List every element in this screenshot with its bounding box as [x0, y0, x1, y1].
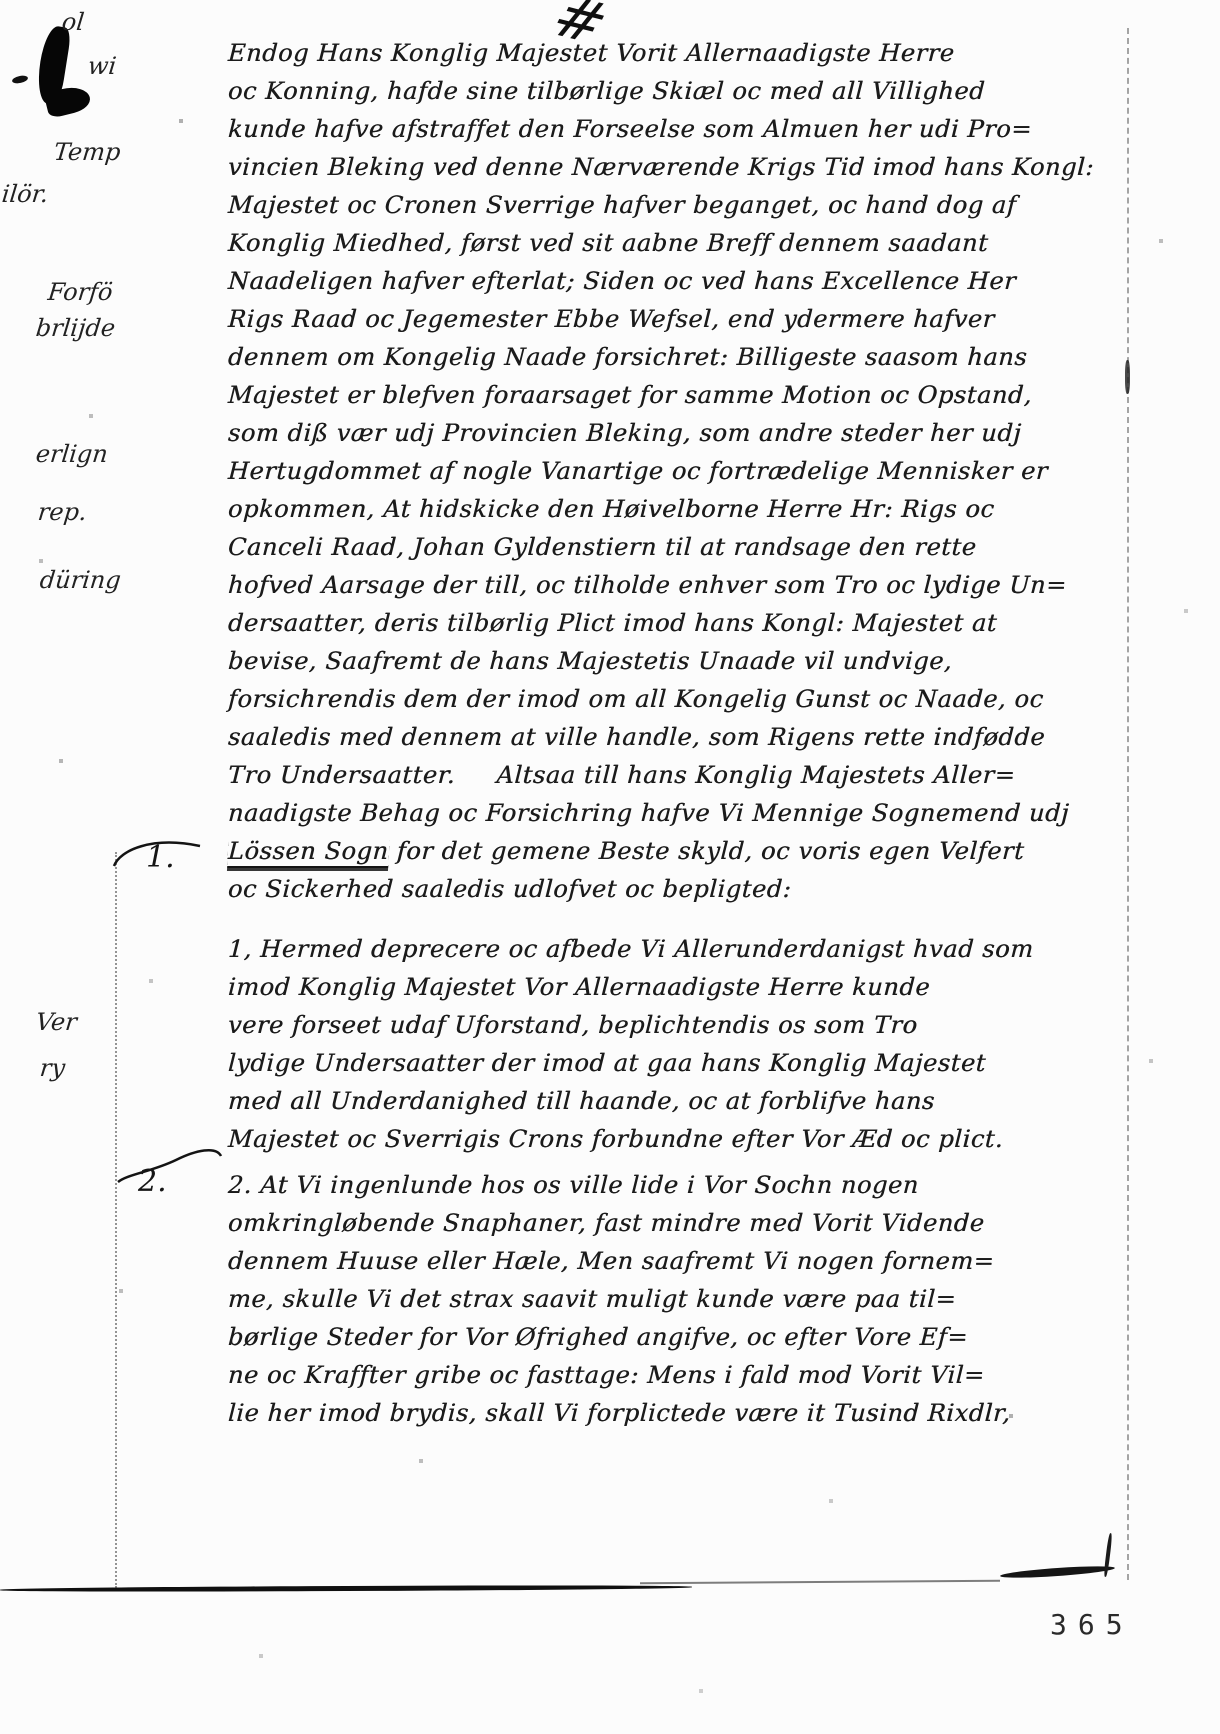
manuscript-line: Naadeligen hafver efterlat; Siden oc ved… [227, 262, 1134, 300]
margin-note: erlign [35, 440, 110, 468]
manuscript-line: omkringløbende Snaphaner, fast mindre me… [227, 1204, 1134, 1242]
manuscript-line: 1, Hermed deprecere oc afbede Vi Allerun… [227, 930, 1134, 968]
manuscript-line: dersaatter, deris tilbørlig Plict imod h… [227, 604, 1134, 642]
margin-note: rep. [37, 498, 89, 526]
manuscript-line: dennem Huuse eller Hæle, Men saafremt Vi… [227, 1242, 1134, 1280]
manuscript-intro-block: Endog Hans Konglig Majestet Vorit Allern… [228, 34, 1133, 908]
manuscript-line: Tro Undersaatter. Altsaa till hans Kongl… [227, 756, 1134, 794]
manuscript-line: lydige Undersaatter der imod at gaa hans… [227, 1044, 1134, 1082]
manuscript-line: Rigs Raad oc Jegemester Ebbe Wefsel, end… [227, 300, 1134, 338]
manuscript-line: kunde hafve afstraffet den Forseelse som… [227, 110, 1134, 148]
manuscript-line: Majestet oc Sverrigis Crons forbundne ef… [227, 1120, 1134, 1158]
manuscript-line: me, skulle Vi det strax saavit muligt ku… [227, 1280, 1134, 1318]
scan-speckles [0, 0, 2, 2]
manuscript-line: oc Konning, hafde sine tilbørlige Skiæl … [227, 72, 1134, 110]
right-edge-crease [1127, 28, 1129, 1580]
bottom-fold-smudge [1000, 1564, 1115, 1580]
manuscript-line: lie her imod brydis, skall Vi forplicted… [227, 1394, 1134, 1432]
manuscript-line: Hertugdommet af nogle Vanartige oc fortr… [227, 452, 1134, 490]
manuscript-line: Majestet er blefven foraarsaget for samm… [227, 376, 1134, 414]
bottom-fold-line-faint [640, 1580, 1000, 1585]
bottom-fold-line [0, 1584, 692, 1592]
manuscript-line: ne oc Kraffter gribe oc fasttage: Mens i… [227, 1356, 1134, 1394]
margin-note: Ver [35, 1008, 79, 1036]
margin-note: ry [39, 1054, 67, 1082]
margin-note: ilör. [1, 180, 50, 208]
margin-note: Forfö [47, 278, 115, 306]
corner-crease [1103, 1533, 1112, 1577]
manuscript-line: forsichrendis dem der imod om all Kongel… [227, 680, 1134, 718]
manuscript-line: dennem om Kongelig Naade forsichret: Bil… [227, 338, 1134, 376]
edge-mark [11, 74, 28, 84]
margin-note: wi [87, 52, 118, 80]
margin-note: ol [61, 8, 86, 36]
manuscript-line: Konglig Miedhed, først ved sit aabne Bre… [227, 224, 1134, 262]
manuscript-line: som diß vær udj Provincien Bleking, som … [227, 414, 1134, 452]
manuscript-line: børlige Steder for Vor Øfrighed angifve,… [227, 1318, 1134, 1356]
margin-note: düring [39, 566, 123, 594]
page-number: 365 [1050, 1608, 1134, 1641]
manuscript-line: oc Sickerhed saaledis udlofvet oc beplig… [227, 870, 1134, 908]
manuscript-line: med all Underdanighed till haande, oc at… [227, 1082, 1134, 1120]
manuscript-line: Lössen Sogn for det gemene Beste skyld, … [227, 832, 1134, 870]
manuscript-paragraph-2-block: 2. At Vi ingenlunde hos os ville lide i … [228, 1166, 1133, 1432]
paragraph-marker-1: 1. [146, 840, 175, 875]
manuscript-line: hofved Aarsage der till, oc tilholde enh… [227, 566, 1134, 604]
manuscript-line: Canceli Raad, Johan Gyldenstiern til at … [227, 528, 1134, 566]
manuscript-line: 2. At Vi ingenlunde hos os ville lide i … [227, 1166, 1134, 1204]
manuscript-line: bevise, Saafremt de hans Majestetis Unaa… [227, 642, 1134, 680]
manuscript-line: Majestet oc Cronen Sverrige hafver began… [227, 186, 1134, 224]
manuscript-line: naadigste Behag oc Forsichring hafve Vi … [227, 794, 1134, 832]
left-margin-crease [115, 852, 117, 1588]
margin-note: Temp [53, 138, 122, 166]
right-crease-smudge [1125, 360, 1130, 394]
margin-note: brlijde [35, 314, 117, 342]
manuscript-line: Endog Hans Konglig Majestet Vorit Allern… [227, 34, 1134, 72]
underlined-phrase: Lössen Sogn [227, 837, 389, 868]
scanned-manuscript-page: # ol wi Temp ilör. Forfö brlijde erlign … [0, 0, 1220, 1734]
paragraph-marker-2: 2. [138, 1164, 167, 1199]
manuscript-line: vincien Bleking ved denne Nærværende Kri… [227, 148, 1134, 186]
flourish-swash [116, 1148, 226, 1188]
manuscript-line: opkommen, At hidskicke den Høivelborne H… [227, 490, 1134, 528]
manuscript-line: saaledis med dennem at ville handle, som… [227, 718, 1134, 756]
manuscript-line: imod Konglig Majestet Vor Allernaadigste… [227, 968, 1134, 1006]
manuscript-paragraph-1-block: 1, Hermed deprecere oc afbede Vi Allerun… [228, 930, 1133, 1158]
manuscript-line: vere forseet udaf Uforstand, beplichtend… [227, 1006, 1134, 1044]
